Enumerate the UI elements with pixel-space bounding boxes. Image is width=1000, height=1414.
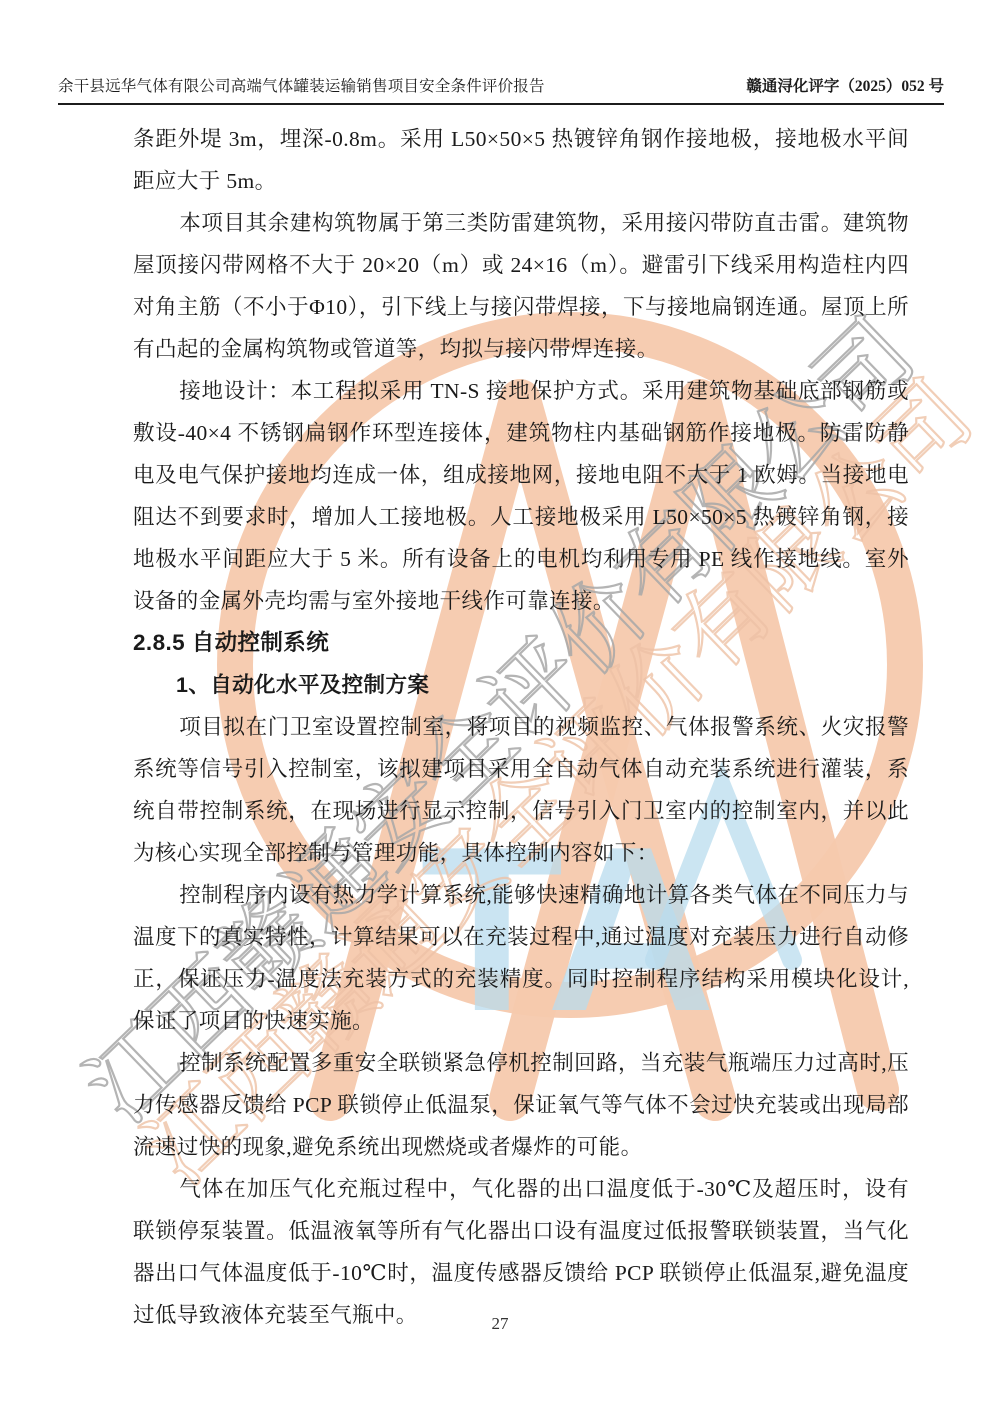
page-number: 27 (0, 1314, 1000, 1334)
paragraph: 气体在加压气化充瓶过程中，气化器的出口温度低于-30℃及超压时，设有联锁停泵装置… (133, 1168, 909, 1336)
content-layer: 余干县远华气体有限公司高端气体罐装运输销售项目安全条件评价报告 赣通浔化评字（2… (0, 0, 1000, 1414)
header-document-number: 赣通浔化评字（2025）052 号 (746, 74, 944, 96)
page-header: 余干县远华气体有限公司高端气体罐装运输销售项目安全条件评价报告 赣通浔化评字（2… (58, 74, 944, 105)
paragraph: 接地设计：本工程拟采用 TN-S 接地保护方式。采用建筑物基础底部钢筋或敷设-4… (133, 370, 909, 622)
document-page: TA 江西赣通安全评价有限公司 江西赣通安全评价有限公司 余干县远华气体有限公司… (0, 0, 1000, 1414)
section-heading: 2.8.5 自动控制系统 (133, 622, 909, 664)
paragraph: 项目拟在门卫室设置控制室，将项目的视频监控、气体报警系统、火灾报警系统等信号引入… (133, 706, 909, 874)
section-subheading: 1、自动化水平及控制方案 (133, 664, 909, 706)
paragraph: 条距外堤 3m，埋深-0.8m。采用 L50×50×5 热镀锌角钢作接地极，接地… (133, 118, 909, 202)
document-body: 条距外堤 3m，埋深-0.8m。采用 L50×50×5 热镀锌角钢作接地极，接地… (133, 118, 909, 1336)
paragraph: 控制系统配置多重安全联锁紧急停机控制回路，当充装气瓶端压力过高时,压力传感器反馈… (133, 1042, 909, 1168)
paragraph: 控制程序内设有热力学计算系统,能够快速精确地计算各类气体在不同压力与温度下的真实… (133, 874, 909, 1042)
header-report-title: 余干县远华气体有限公司高端气体罐装运输销售项目安全条件评价报告 (58, 74, 545, 96)
paragraph: 本项目其余建构筑物属于第三类防雷建筑物，采用接闪带防直击雷。建筑物屋顶接闪带网格… (133, 202, 909, 370)
